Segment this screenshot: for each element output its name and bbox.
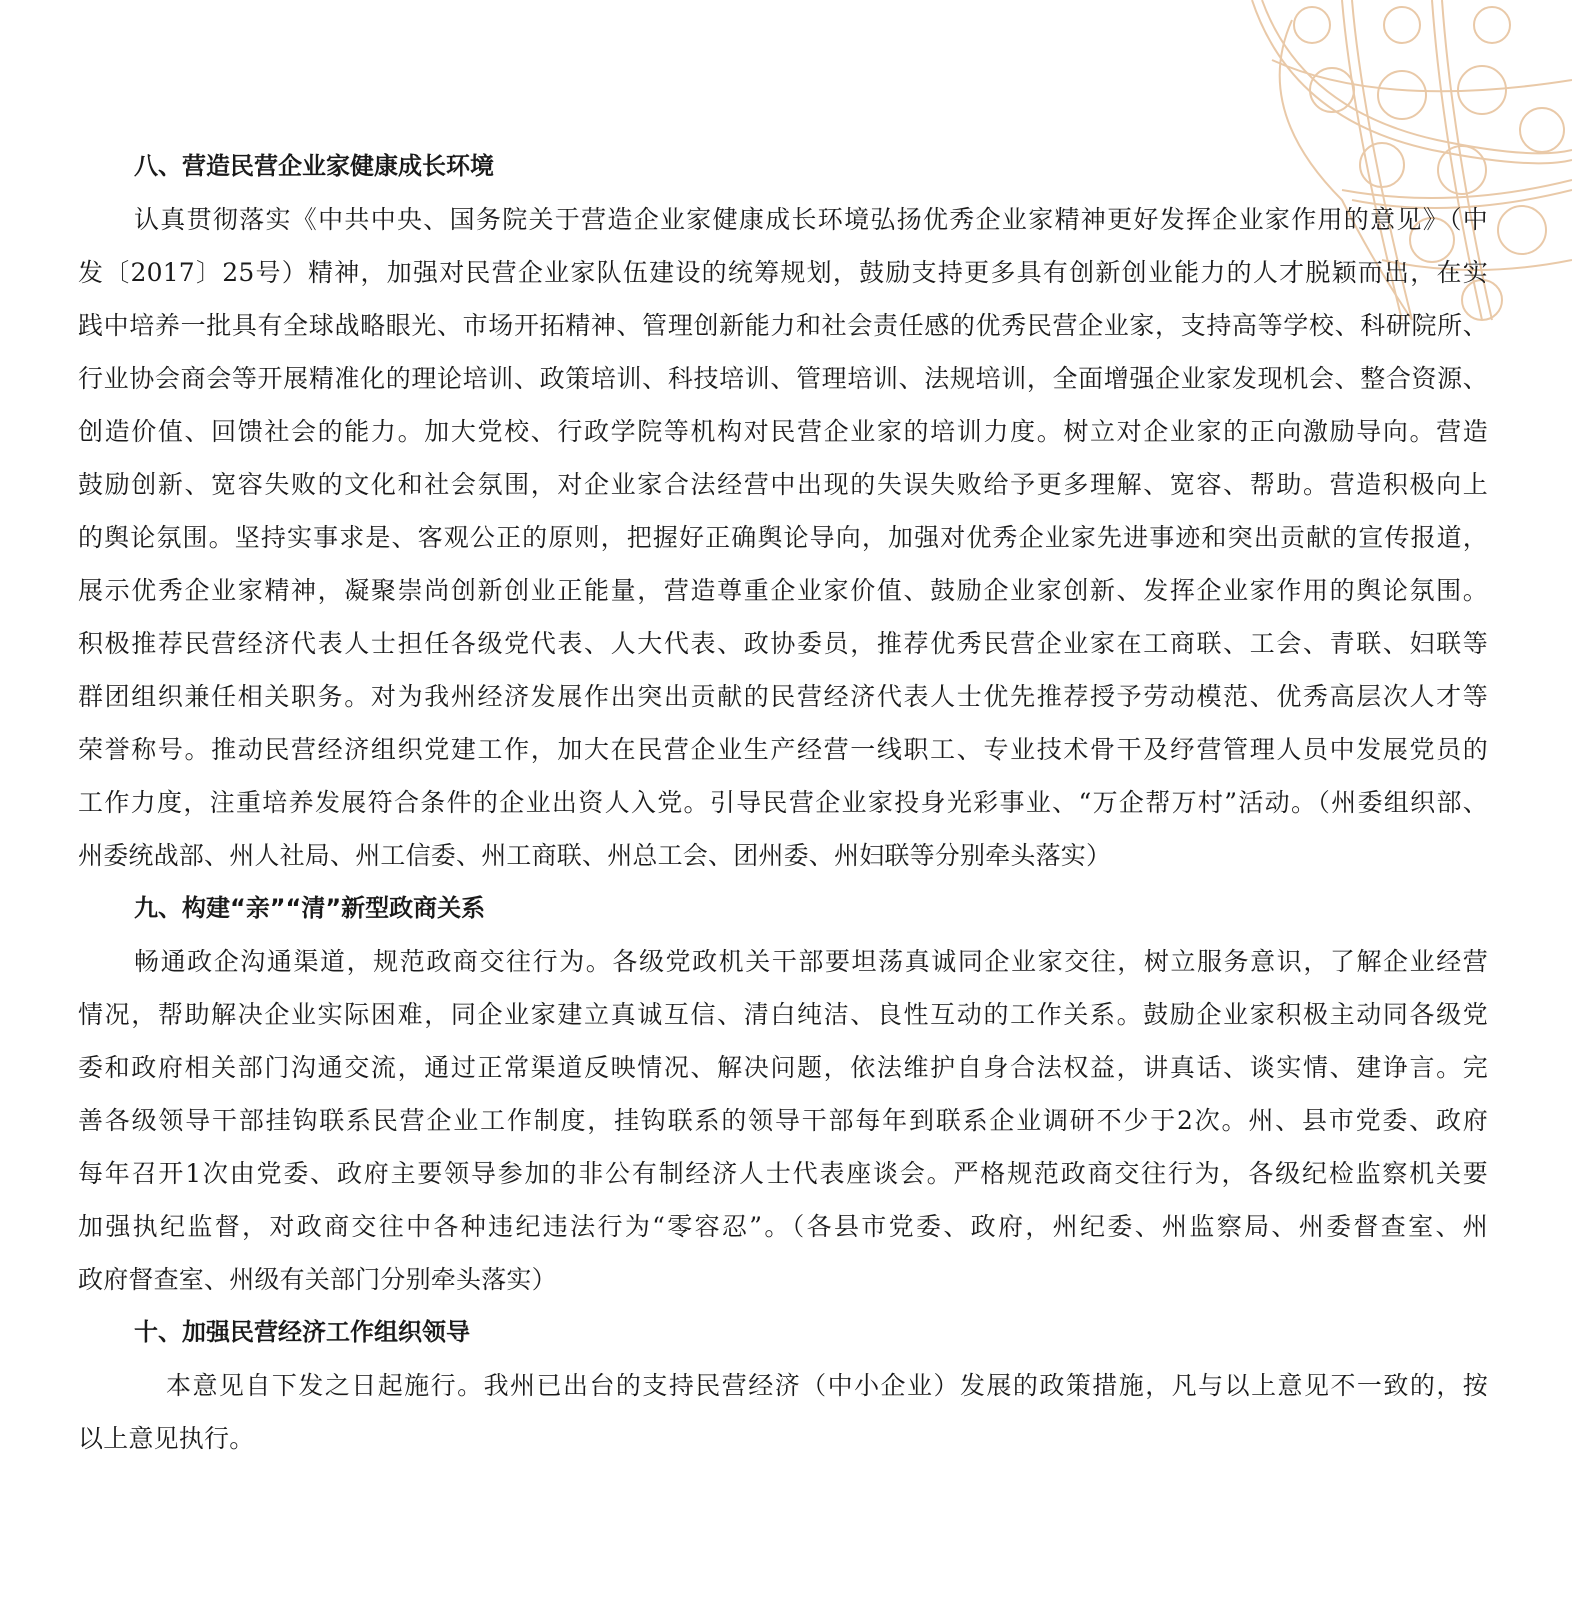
paragraph-line: 展示优秀企业家精神，凝聚崇尚创新创业正能量，营造尊重企业家价值、鼓励企业家创新、…: [78, 564, 1488, 617]
paragraph-line: 州委统战部、州人社局、州工信委、州工商联、州总工会、团州委、州妇联等分别牵头落实…: [78, 829, 1488, 882]
paragraph-line: 荣誉称号。推动民营经济组织党建工作，加大在民营企业生产经营一线职工、专业技术骨干…: [78, 723, 1488, 776]
paragraph-line: 畅通政企沟通渠道，规范政商交往行为。各级党政机关干部要坦荡真诚同企业家交往，树立…: [78, 935, 1488, 988]
section-heading: 十、加强民营经济工作组织领导: [78, 1306, 1488, 1359]
document-page: 八、营造民营企业家健康成长环境 认真贯彻落实《中共中央、国务院关于营造企业家健康…: [78, 140, 1488, 1465]
paragraph-line: 委和政府相关部门沟通交流，通过正常渠道反映情况、解决问题，依法维护自身合法权益，…: [78, 1041, 1488, 1094]
section-heading: 八、营造民营企业家健康成长环境: [78, 140, 1488, 193]
paragraph-line: 鼓励创新、宽容失败的文化和社会氛围，对企业家合法经营中出现的失误失败给予更多理解…: [78, 458, 1488, 511]
paragraph-line: 以上意见执行。: [78, 1412, 1488, 1465]
paragraph-line: 善各级领导干部挂钩联系民营企业工作制度，挂钩联系的领导干部每年到联系企业调研不少…: [78, 1094, 1488, 1147]
paragraph-line: 发〔2017〕25号）精神，加强对民营企业家队伍建设的统筹规划，鼓励支持更多具有…: [78, 246, 1488, 299]
paragraph-line: 群团组织兼任相关职务。对为我州经济发展作出突出贡献的民营经济代表人士优先推荐授予…: [78, 670, 1488, 723]
section-heading: 九、构建“亲”“清”新型政商关系: [78, 882, 1488, 935]
paragraph-line: 践中培养一批具有全球战略眼光、市场开拓精神、管理创新能力和社会责任感的优秀民营企…: [78, 299, 1488, 352]
paragraph-line: 本意见自下发之日起施行。我州已出台的支持民营经济（中小企业）发展的政策措施，凡与…: [78, 1359, 1488, 1412]
paragraph-line: 每年召开1次由党委、政府主要领导参加的非公有制经济人士代表座谈会。严格规范政商交…: [78, 1147, 1488, 1200]
paragraph-line: 积极推荐民营经济代表人士担任各级党代表、人大代表、政协委员，推荐优秀民营企业家在…: [78, 617, 1488, 670]
paragraph-line: 政府督查室、州级有关部门分别牵头落实）: [78, 1253, 1488, 1306]
paragraph-line: 的舆论氛围。坚持实事求是、客观公正的原则，把握好正确舆论导向，加强对优秀企业家先…: [78, 511, 1488, 564]
paragraph-line: 情况，帮助解决企业实际困难，同企业家建立真诚互信、清白纯洁、良性互动的工作关系。…: [78, 988, 1488, 1041]
paragraph-line: 认真贯彻落实《中共中央、国务院关于营造企业家健康成长环境弘扬优秀企业家精神更好发…: [78, 193, 1488, 246]
paragraph-line: 工作力度，注重培养发展符合条件的企业出资人入党。引导民营企业家投身光彩事业、“万…: [78, 776, 1488, 829]
paragraph-line: 创造价值、回馈社会的能力。加大党校、行政学院等机构对民营企业家的培训力度。树立对…: [78, 405, 1488, 458]
paragraph-line: 行业协会商会等开展精准化的理论培训、政策培训、科技培训、管理培训、法规培训，全面…: [78, 352, 1488, 405]
paragraph-line: 加强执纪监督，对政商交往中各种违纪违法行为“零容忍”。（各县市党委、政府，州纪委…: [78, 1200, 1488, 1253]
